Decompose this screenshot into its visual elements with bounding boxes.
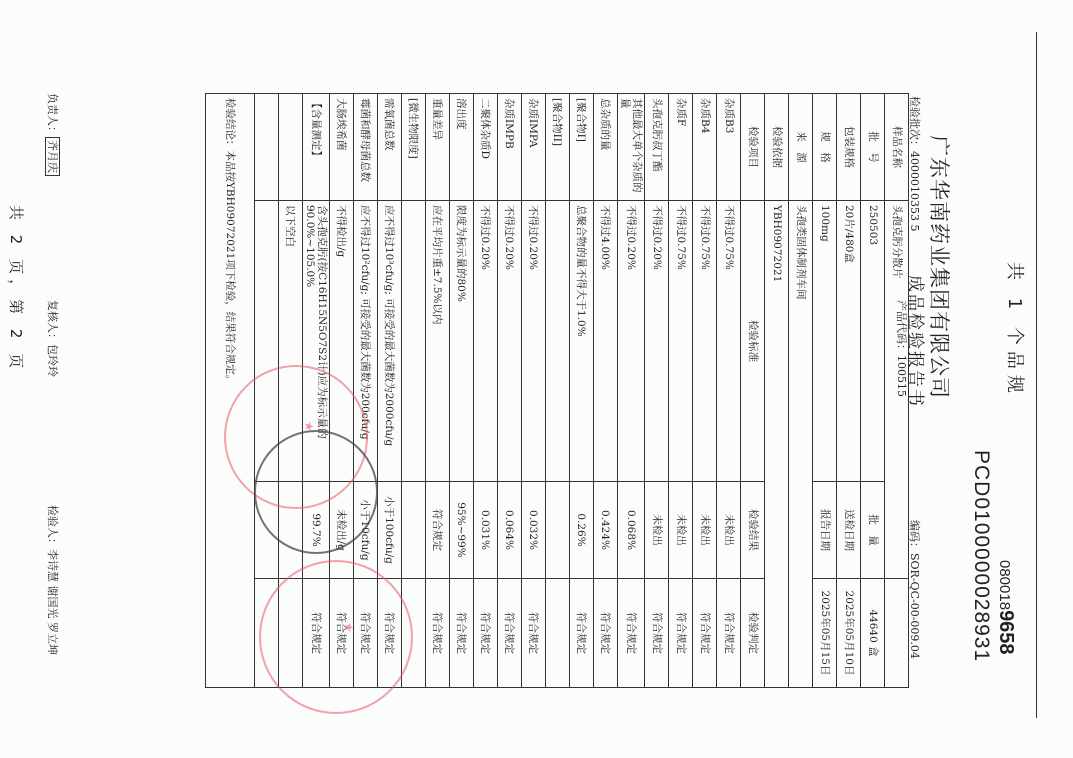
row-item: 二聚体杂质D (473, 94, 497, 201)
row-standard: 不得检出/g (329, 201, 353, 482)
conclusion: 检验结论：本品按YBH09072021项下检验，结果符合规定。 (205, 94, 254, 688)
info-row: 样品名称 头孢克肟分散片 (885, 94, 909, 688)
value-spec: 100mg (813, 201, 837, 482)
row-item: 杂质IMPA (521, 94, 545, 201)
header-judgement: 检验判定 (741, 579, 765, 688)
row-standard (254, 201, 278, 482)
row-judgement: 符合规定 (473, 579, 497, 688)
serial-number: 0800189658 (994, 560, 1017, 655)
row-standard: 应不得过10³cfu/g; 可接受的最大菌数为2000cfu/g (377, 201, 401, 482)
label-source: 来 源 (789, 94, 813, 201)
row-standard: 不得过0.75% (669, 201, 693, 482)
row-judgement: 符合规定 (449, 579, 473, 688)
row-item: [聚合物I] (569, 94, 593, 201)
label-quantity: 批 量 (861, 482, 885, 579)
row-result (401, 482, 425, 579)
table-row: 霉菌和酵母菌总数应不得过10²cfu/g; 可接受的最大菌数为200cfu/g小… (353, 94, 377, 688)
table-row: 大肠埃希菌不得检出/g未检出/g符合规定 (329, 94, 353, 688)
row-result: 小于10cfu/g (353, 482, 377, 579)
reviewer-signature: 复核人：包玲玲 (45, 300, 61, 377)
value-sample-name: 头孢克肟分散片 (885, 201, 909, 579)
value-submit-date: 2025年05月10日 (837, 579, 861, 688)
row-item: [微生物限度] (401, 94, 425, 201)
row-result: 0.068% (617, 482, 644, 579)
row-standard: 不得过0.20% (617, 201, 644, 482)
document-code: PCD0100000028931 (969, 450, 993, 662)
row-result: 未检出 (717, 482, 741, 579)
row-standard: 不得过0.75% (717, 201, 741, 482)
table-row: 头孢克肟叔丁酯不得过0.20%未检出符合规定 (645, 94, 669, 688)
row-judgement (254, 579, 278, 688)
row-item: 大肠埃希菌 (329, 94, 353, 201)
label-package: 包装规格 (837, 94, 861, 201)
row-result: 95%~99% (449, 482, 473, 579)
row-item: 霉菌和酵母菌总数 (353, 94, 377, 201)
row-result (545, 482, 569, 579)
value-report-date: 2025年05月15日 (813, 579, 837, 688)
row-standard: 以下空白 (278, 201, 302, 482)
responsible-signature: 负责人：齐月庆 (45, 93, 61, 176)
row-item (254, 94, 278, 201)
row-result: 99.7% (302, 482, 329, 579)
row-item: 需氧菌总数 (377, 94, 401, 201)
row-result: 未检出 (669, 482, 693, 579)
empty-cell (885, 579, 909, 688)
table-row: 杂质IMPA不得过0.20%0.032%符合规定 (521, 94, 545, 688)
row-item: [聚合物II] (545, 94, 569, 201)
row-judgement: 符合规定 (329, 579, 353, 688)
table-row: [聚合物I]总聚合物的量不得大于1.0%0.26%符合规定 (569, 94, 593, 688)
row-standard: 含头孢克肟(按C16H15N5O7S2计)应为标示量的90.0%~105.0% (302, 201, 329, 482)
row-judgement: 符合规定 (353, 579, 377, 688)
value-quantity: 44640 盒 (861, 579, 885, 688)
table-row: 溶出度限度为标示量的80%95%~99%符合规定 (449, 94, 473, 688)
row-result: 0.031% (473, 482, 497, 579)
row-item: 杂质IMPB (497, 94, 521, 201)
value-batch-no: 250503 (861, 201, 885, 482)
form-code: 编码：SOR-QC-00-009.04 (907, 520, 923, 659)
row-result: 小于100cfu/g (377, 482, 401, 579)
label-basis: 检验依据 (765, 94, 789, 201)
row-judgement: 符合规定 (645, 579, 669, 688)
row-item: 溶出度 (449, 94, 473, 201)
row-result: 未检出/g (329, 482, 353, 579)
row-judgement: 符合规定 (617, 579, 644, 688)
table-row: 【含量测定】含头孢克肟(按C16H15N5O7S2计)应为标示量的90.0%~1… (302, 94, 329, 688)
sheet-count: 共 1 个品规 (1003, 262, 1029, 399)
row-judgement: 符合规定 (521, 579, 545, 688)
row-judgement: 符合规定 (302, 579, 329, 688)
table-row: 重量差异应在平均片重±7.5%以内符合规定符合规定 (425, 94, 449, 688)
report-table: 样品名称 头孢克肟分散片 批 号 250503 批 量 44640 盒 包装规格… (205, 93, 909, 688)
row-result (278, 482, 302, 579)
info-row: 包装规格 20片/480盒 送检日期 2025年05月10日 (837, 94, 861, 688)
row-item: 总杂质的量 (593, 94, 617, 201)
row-result: 0.064% (497, 482, 521, 579)
row-item: 重量差异 (425, 94, 449, 201)
inspector-signature: 检验人：李诗慧 谢国光 罗立坤 (45, 505, 61, 655)
row-standard (545, 201, 569, 482)
row-item: 头孢克肟叔丁酯 (645, 94, 669, 201)
row-standard (401, 201, 425, 482)
row-judgement (545, 579, 569, 688)
row-standard: 不得过0.20% (521, 201, 545, 482)
row-standard: 总聚合物的量不得大于1.0% (569, 201, 593, 482)
inspection-batch: 检验批次：4000010353 5 (907, 96, 923, 231)
row-judgement: 符合规定 (377, 579, 401, 688)
row-judgement: 符合规定 (669, 579, 693, 688)
row-judgement: 符合规定 (497, 579, 521, 688)
label-spec: 规 格 (813, 94, 837, 201)
row-standard: 限度为标示量的80% (449, 201, 473, 482)
info-row: 批 号 250503 批 量 44640 盒 (861, 94, 885, 688)
row-item: 杂质B3 (717, 94, 741, 201)
header-standard: 检验标准 (741, 201, 765, 482)
row-standard: 不得过0.20% (473, 201, 497, 482)
value-package: 20片/480盒 (837, 201, 861, 482)
value-basis: YBH09072021 (765, 201, 789, 688)
row-result: 未检出 (645, 482, 669, 579)
info-row: 规 格 100mg 报告日期 2025年05月15日 (813, 94, 837, 688)
row-item: 杂质F (669, 94, 693, 201)
table-row: 以下空白 (278, 94, 302, 688)
row-judgement (278, 579, 302, 688)
row-item (278, 94, 302, 201)
label-report-date: 报告日期 (813, 482, 837, 579)
table-row (254, 94, 278, 688)
header-item: 检验项目 (741, 94, 765, 201)
row-judgement: 符合规定 (569, 579, 593, 688)
table-row: 总杂质的量不得过4.00%0.424%符合规定 (593, 94, 617, 688)
row-standard: 不得过4.00% (593, 201, 617, 482)
result-rows: 杂质B3不得过0.75%未检出符合规定杂质B4不得过0.75%未检出符合规定杂质… (254, 94, 740, 688)
table-row: 其他最大单个杂质的量不得过0.20%0.068%符合规定 (617, 94, 644, 688)
info-row: 来 源 头孢类固体制剂车间 (789, 94, 813, 688)
row-standard: 应在平均片重±7.5%以内 (425, 201, 449, 482)
inspection-report-page: 共 1 个品规 0800189658 PCD0100000028931 广东华南… (0, 0, 1073, 758)
header-result: 检验结果 (741, 482, 765, 579)
row-result: 符合规定 (425, 482, 449, 579)
row-judgement: 符合规定 (693, 579, 717, 688)
row-result: 0.032% (521, 482, 545, 579)
info-row: 检验依据 YBH09072021 (765, 94, 789, 688)
row-item: 其他最大单个杂质的量 (617, 94, 644, 201)
table-row: [微生物限度] (401, 94, 425, 688)
label-submit-date: 送检日期 (837, 482, 861, 579)
row-standard: 不得过0.20% (497, 201, 521, 482)
table-row: 二聚体杂质D不得过0.20%0.031%符合规定 (473, 94, 497, 688)
conclusion-row: 检验结论：本品按YBH09072021项下检验，结果符合规定。 (205, 94, 254, 688)
label-sample-name: 样品名称 (885, 94, 909, 201)
row-result: 0.26% (569, 482, 593, 579)
row-judgement: 符合规定 (717, 579, 741, 688)
table-row: 杂质B3不得过0.75%未检出符合规定 (717, 94, 741, 688)
row-result (254, 482, 278, 579)
value-source: 头孢类固体制剂车间 (789, 201, 813, 688)
table-row: 杂质IMPB不得过0.20%0.064%符合规定 (497, 94, 521, 688)
row-judgement (401, 579, 425, 688)
row-standard: 应不得过10²cfu/g; 可接受的最大菌数为200cfu/g (353, 201, 377, 482)
table-row: [聚合物II] (545, 94, 569, 688)
row-standard: 不得过0.20% (645, 201, 669, 482)
header-rule (1036, 32, 1037, 718)
table-row: 杂质B4不得过0.75%未检出符合规定 (693, 94, 717, 688)
label-batch-no: 批 号 (861, 94, 885, 201)
row-item: 杂质B4 (693, 94, 717, 201)
row-item: 【含量测定】 (302, 94, 329, 201)
row-standard: 不得过0.75% (693, 201, 717, 482)
table-row: 需氧菌总数应不得过10³cfu/g; 可接受的最大菌数为2000cfu/g小于1… (377, 94, 401, 688)
row-judgement: 符合规定 (593, 579, 617, 688)
row-result: 0.424% (593, 482, 617, 579)
row-result: 未检出 (693, 482, 717, 579)
column-header-row: 检验项目 检验标准 检验结果 检验判定 (741, 94, 765, 688)
table-row: 杂质F不得过0.75%未检出符合规定 (669, 94, 693, 688)
row-judgement: 符合规定 (425, 579, 449, 688)
page-footer: 共 2 页，第 2 页 (6, 205, 27, 373)
